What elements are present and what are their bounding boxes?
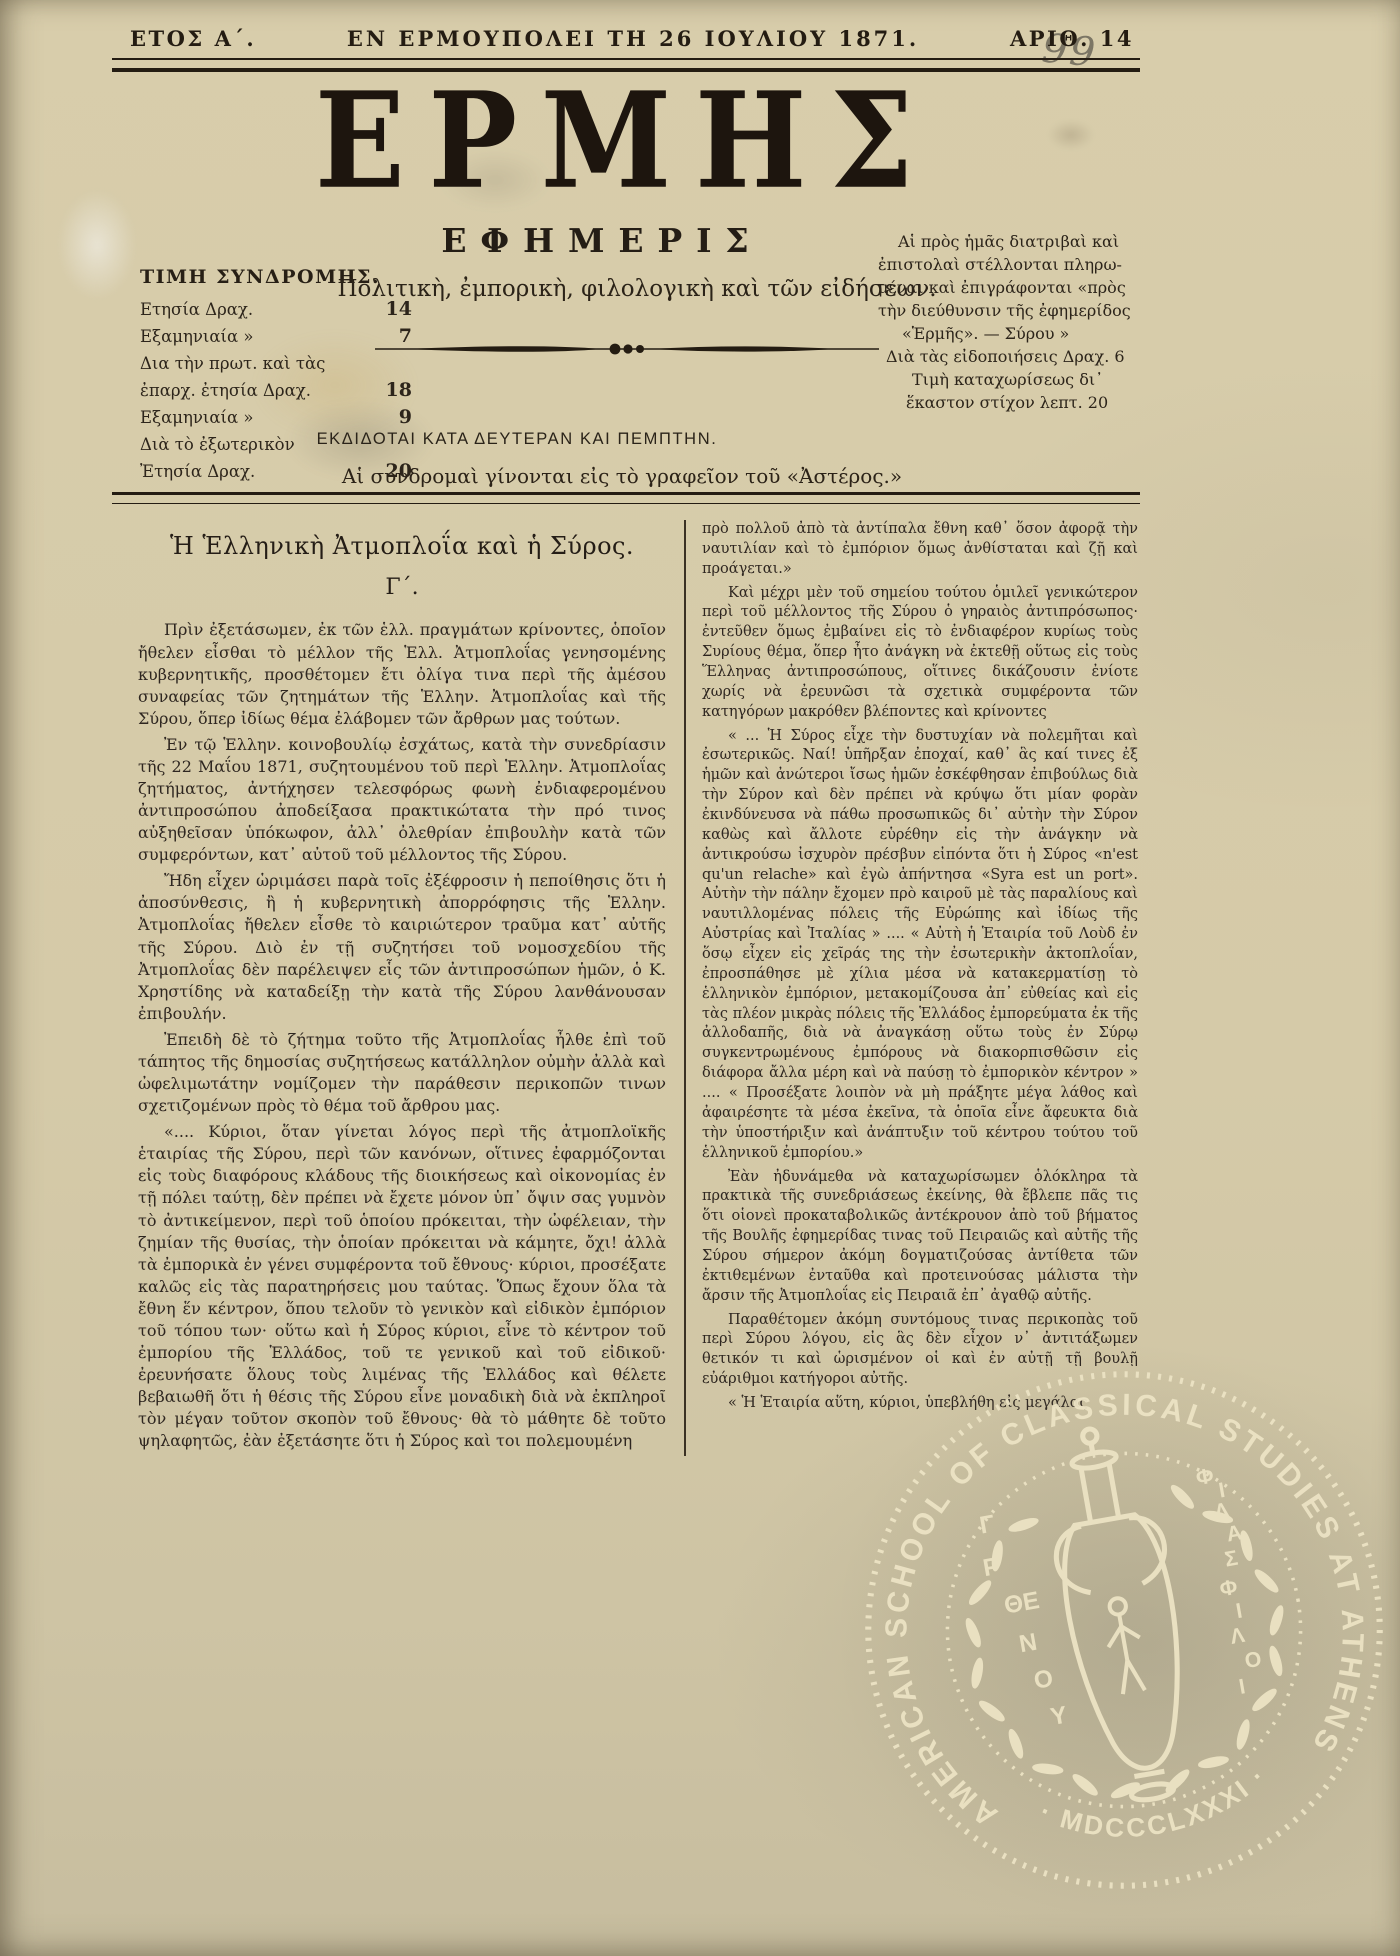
article-paragraph: « ... Ἡ Σύρος εἶχε τὴν δυστυχίαν νὰ πολε… xyxy=(702,727,1138,1164)
price-label: Ἐτησία Δραχ. xyxy=(140,458,255,485)
seal-letter: Ι xyxy=(1234,1599,1244,1624)
price-row: ἐπαρχ. ἐτησία Δραχ.18 xyxy=(140,377,430,404)
laurel-leaf xyxy=(1198,1755,1230,1770)
article-paragraph: Ἐν τῷ Ἑλλην. κοινοβουλίῳ ἐσχάτως, κατὰ τ… xyxy=(138,734,666,866)
masthead-topline: ΕΤΟΣ Α΄. ΕΝ ΕΡΜΟΥΠΟΛΕΙ ΤΗ 26 ΙΟΥΛΙΟΥ 187… xyxy=(130,26,1134,51)
article-paragraph: Πρὶν ἐξετάσωμεν, ἐκ τῶν ἑλλ. πραγμάτων κ… xyxy=(138,619,666,729)
dateline: ΕΝ ΕΡΜΟΥΠΟΛΕΙ ΤΗ 26 ΙΟΥΛΙΟΥ 1871. xyxy=(347,26,919,51)
notice-line: τὴν διεύθυνσιν τῆς ἐφημερίδος xyxy=(878,299,1140,322)
laurel-leaf xyxy=(1169,1483,1197,1511)
price-label: Εξαμηνιαία » xyxy=(140,323,253,350)
price-value: 18 xyxy=(386,377,430,404)
price-label: Δια τὴν πρωτ. καὶ τὰς xyxy=(140,350,325,377)
notice-line: μέναι καὶ ἐπιγράφονται «πρὸς xyxy=(878,276,1140,299)
notice-line: ἐπιστολαὶ στέλλονται πληρω- xyxy=(878,253,1140,276)
laurel-leaf xyxy=(1267,1645,1284,1677)
price-value: 9 xyxy=(399,404,430,431)
laurel-leaf xyxy=(1250,1686,1279,1713)
laurel-leaf xyxy=(1032,1763,1063,1776)
price-label: ἐπαρχ. ἐτησία Δραχ. xyxy=(140,377,311,404)
notice-line: Διὰ τὰς εἰδοποιήσεις Δραχ. 6 xyxy=(878,345,1140,368)
seal-letter: Ν xyxy=(1017,1629,1039,1659)
price-label: Ετησία Δραχ. xyxy=(140,296,253,323)
notice-line: ἕκαστον στίχον λεπτ. 20 xyxy=(878,391,1140,414)
laurel-leaf xyxy=(1008,1516,1040,1534)
article-section-number: Γ΄. xyxy=(138,573,666,603)
article-paragraph: πρὸ πολλοῦ ἀπὸ τὰ ἀντίπαλα ἔθνη καθ᾽ ὅσο… xyxy=(702,520,1138,580)
price-rows: Ετησία Δραχ.14Εξαμηνιαία »7Δια τὴν πρωτ.… xyxy=(140,296,450,485)
volume-label: ΕΤΟΣ Α΄. xyxy=(130,26,256,51)
article-column-2: πρὸ πολλοῦ ἀπὸ τὰ ἀντίπαλα ἔθνη καθ᾽ ὅσο… xyxy=(702,518,1138,1456)
article-paragraph: Ἐὰν ἠδυνάμεθα νὰ καταχωρίσωμεν ὁλόκληρα … xyxy=(702,1168,1138,1307)
article-paragraph: «.... Κύριοι, ὅταν γίνεται λόγος περὶ τῆ… xyxy=(138,1121,666,1452)
price-label: Εξαμηνιαία » xyxy=(140,404,253,431)
issue-number: ΑΡΙΘ. 14 xyxy=(1010,26,1134,51)
article-title: Ἡ Ἑλληνικὴ Ἀτμοπλοΐα καὶ ἡ Σύρος. xyxy=(138,530,666,563)
newspaper-title: ΕΡΜΗΣ xyxy=(112,68,1140,214)
laurel-leaf xyxy=(970,1657,985,1689)
seal-letter: Σ xyxy=(1223,1546,1240,1572)
article-paragraph: Ἤδη εἶχεν ὡριμάσει παρὰ τοῖς ἐξέφροσιν ἡ… xyxy=(138,870,666,1025)
swelled-rule-ornament xyxy=(367,340,887,358)
column-divider xyxy=(684,520,686,1456)
laurel-leaf xyxy=(1163,1767,1191,1795)
article-body: Ἡ Ἑλληνικὴ Ἀτμοπλοΐα καὶ ἡ Σύρος. Γ΄. Πρ… xyxy=(138,518,1140,1456)
laurel-leaf xyxy=(1235,1719,1252,1751)
subscription-office-note: Αἱ συνδρομαὶ γίνονται εἰς τὸ γραφεῖον το… xyxy=(262,464,982,488)
seal-letter: Υ xyxy=(1049,1702,1070,1731)
article-paragraph: Καὶ μέχρι μὲν τοῦ σημείου τούτου ὁμιλεῖ … xyxy=(702,584,1138,723)
price-row: Εξαμηνιαία »9 xyxy=(140,404,430,431)
seal-letter: Φ xyxy=(1194,1463,1215,1490)
laurel-leaf xyxy=(977,1698,1007,1724)
laurel-leaf xyxy=(967,1578,994,1607)
correspondence-notice: Αἱ πρὸς ἡμᾶς διατριβαὶ καὶἐπιστολαὶ στέλ… xyxy=(878,230,1140,414)
seal-letter: Ο xyxy=(1032,1665,1055,1695)
notice-line: Αἱ πρὸς ἡμᾶς διατριβαὶ καὶ xyxy=(878,230,1140,253)
paper-description: Πολιτικὴ, ἐμπορικὴ, φιλολογικὴ καὶ τῶν ε… xyxy=(322,276,952,302)
price-label: Διὰ τὸ ἐξωτερικὸν xyxy=(140,431,295,458)
laurel-leaf xyxy=(1070,1772,1099,1798)
header-double-rule xyxy=(112,492,1140,504)
seal-letter: Ο xyxy=(1243,1647,1263,1674)
amphora-icon xyxy=(1035,1420,1207,1809)
seal-letter: ΘΕ xyxy=(1002,1587,1041,1620)
paper-kind-label: ΕΦΗΜΕΡΙΣ xyxy=(412,221,792,260)
laurel-leaf xyxy=(1006,1728,1025,1760)
article-column-1: Ἡ Ἑλληνικὴ Ἀτμοπλοΐα καὶ ἡ Σύρος. Γ΄. Πρ… xyxy=(138,518,666,1456)
notice-line: Τιμὴ καταχωρίσεως δι᾽ xyxy=(878,368,1140,391)
article-paragraph: Ἐπειδὴ δὲ τὸ ζήτημα τοῦτο τῆς Ἀτμοπλοΐας… xyxy=(138,1029,666,1117)
laurel-leaf xyxy=(1268,1604,1286,1636)
figure-on-amphora xyxy=(1100,1596,1149,1696)
seal-letter: Λ xyxy=(1212,1498,1231,1524)
publication-schedule: ΕΚΔΙΔΟΤΑΙ ΚΑΤΑ ΔΕΥΤΕΡΑΝ ΚΑΙ ΠΕΜΠΤΗΝ. xyxy=(277,430,757,449)
seal-letter: Λ xyxy=(1228,1623,1247,1649)
notice-line: «Ἑρμῆς». — Σύρου » xyxy=(878,322,1140,345)
seal-letter: Γ xyxy=(978,1510,997,1539)
seal-letter: Φ xyxy=(1218,1575,1239,1602)
seal-letter: Ι xyxy=(1237,1674,1247,1699)
laurel-leaf xyxy=(963,1617,983,1649)
library-stamp-seal: AMERICAN SCHOOL OF CLASSICAL STUDIES AT … xyxy=(807,1313,1400,1948)
column-1-paragraphs: Πρὶν ἐξετάσωμεν, ἐκ τῶν ἑλλ. πραγμάτων κ… xyxy=(138,619,666,1452)
seal-letter: Α xyxy=(1225,1520,1244,1546)
laurel-leaf xyxy=(1252,1567,1280,1595)
